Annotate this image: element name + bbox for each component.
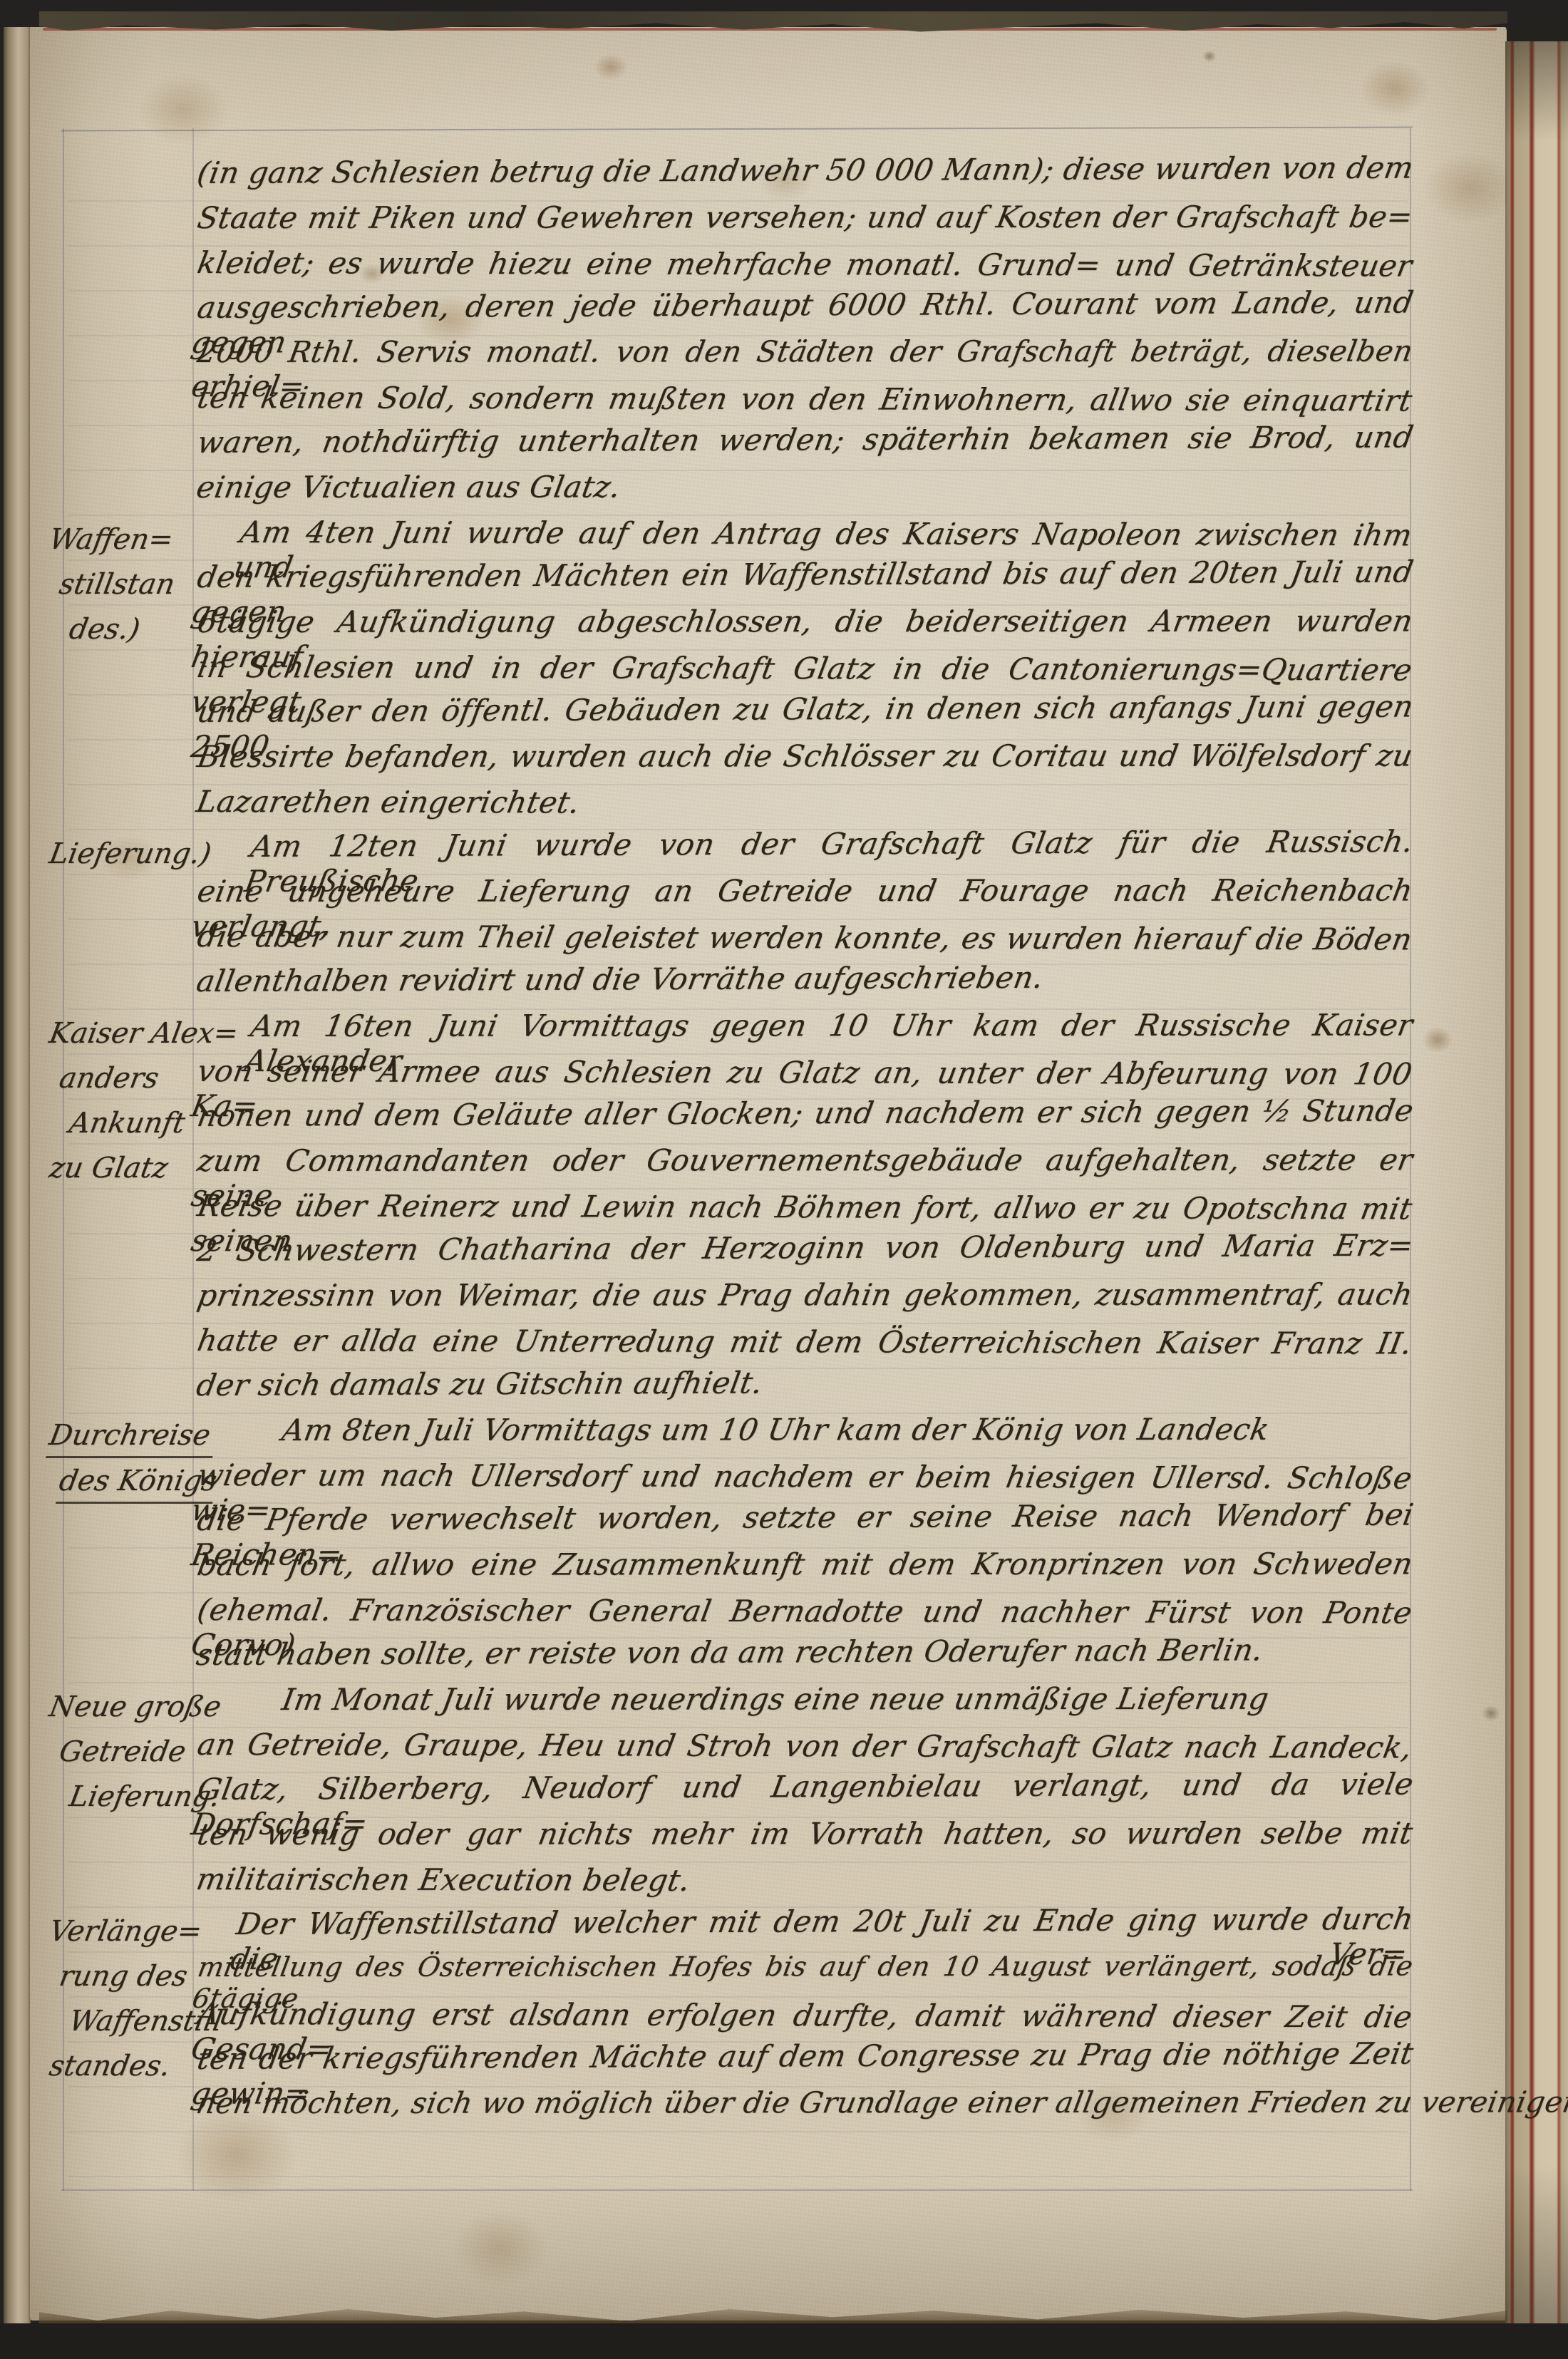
book-scan: Waffen=stillstandes.)Lieferung.)Kaiser A…	[0, 0, 1568, 2359]
fore-edge-page-stack	[1505, 41, 1568, 2349]
previous-page-edge	[4, 21, 31, 2339]
foxing-stains	[30, 24, 1507, 2321]
binding-bottom	[0, 2323, 1568, 2359]
